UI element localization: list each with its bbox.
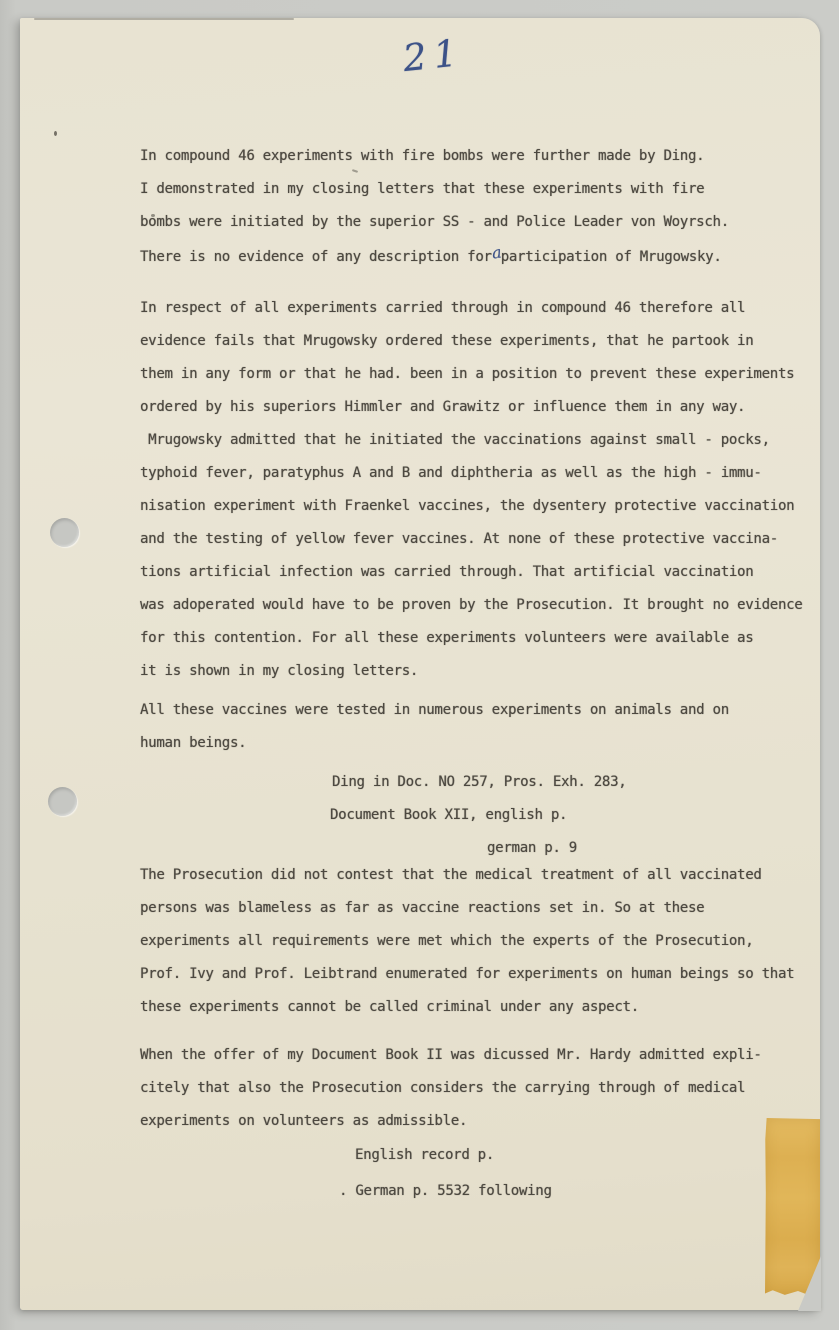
typewritten-line: I demonstrated in my closing letters tha… bbox=[140, 173, 729, 206]
typewritten-line: In respect of all experiments carried th… bbox=[140, 292, 802, 325]
typewritten-line: bombs were initiated by the superior SS … bbox=[140, 206, 729, 239]
typewritten-line: When the offer of my Document Book II wa… bbox=[140, 1039, 762, 1072]
typewritten-line: ordered by his superiors Himmler and Gra… bbox=[140, 391, 802, 424]
typewritten-line: these experiments cannot be called crimi… bbox=[140, 991, 794, 1024]
typewritten-line: them in any form or that he had. been in… bbox=[140, 358, 802, 391]
typewritten-line: human beings. bbox=[140, 727, 729, 760]
document-page: 21 In compound 46 experiments with fire … bbox=[20, 18, 820, 1310]
scanner-background: 21 In compound 46 experiments with fire … bbox=[0, 0, 839, 1330]
paragraph-5: When the offer of my Document Book II wa… bbox=[140, 1039, 762, 1138]
line-text-before-insert: There is no evidence of any description … bbox=[140, 249, 492, 265]
typewritten-line: was adoperated would have to be proven b… bbox=[140, 589, 802, 622]
typewritten-line: for this contention. For all these exper… bbox=[140, 622, 802, 655]
typewritten-line: Prof. Ivy and Prof. Leibtrand enumerated… bbox=[140, 958, 794, 991]
typewritten-line: tions artificial infection was carried t… bbox=[140, 556, 802, 589]
typewritten-line: All these vaccines were tested in numero… bbox=[140, 694, 729, 727]
typewritten-line: citely that also the Prosecution conside… bbox=[140, 1072, 762, 1105]
typewritten-line: evidence fails that Mrugowsky ordered th… bbox=[140, 325, 802, 358]
citation-line: Ding in Doc. NO 257, Pros. Exh. 283, bbox=[20, 766, 626, 799]
tape-strip bbox=[765, 1118, 820, 1296]
typewritten-line: experiments all requirements were met wh… bbox=[140, 925, 794, 958]
typewritten-text-layer: In compound 46 experiments with fire bom… bbox=[20, 18, 820, 1310]
paragraph-2: In respect of all experiments carried th… bbox=[140, 292, 802, 688]
typewritten-line: Mrugowsky admitted that he initiated the… bbox=[140, 424, 802, 457]
typewritten-line: it is shown in my closing letters. bbox=[140, 655, 802, 688]
paragraph-4: The Prosecution did not contest that the… bbox=[140, 859, 794, 1024]
paragraph-1: In compound 46 experiments with fire bom… bbox=[140, 140, 729, 274]
typewritten-line: experiments on volunteers as admissible. bbox=[140, 1105, 762, 1138]
typewritten-line: nisation experiment with Fraenkel vaccin… bbox=[140, 490, 802, 523]
citation-block-record: English record p. . German p. 5532 follo… bbox=[20, 1139, 552, 1208]
typewritten-line: typhoid fever, paratyphus A and B and di… bbox=[140, 457, 802, 490]
line-text-after-insert: participation of Mrugowsky. bbox=[501, 249, 722, 265]
typewritten-line: In compound 46 experiments with fire bom… bbox=[140, 140, 729, 173]
citation-block-ding: Ding in Doc. NO 257, Pros. Exh. 283, Doc… bbox=[20, 766, 626, 865]
paragraph-3: All these vaccines were tested in numero… bbox=[140, 694, 729, 760]
typewritten-line: The Prosecution did not contest that the… bbox=[140, 859, 794, 892]
typewritten-line: and the testing of yellow fever vaccines… bbox=[140, 523, 802, 556]
citation-line: Document Book XII, english p. bbox=[20, 799, 626, 832]
citation-line: English record p. bbox=[20, 1139, 552, 1172]
citation-line: . German p. 5532 following bbox=[20, 1175, 552, 1208]
typewritten-line-with-insert: There is no evidence of any description … bbox=[140, 239, 729, 274]
typewritten-line: persons was blameless as far as vaccine … bbox=[140, 892, 794, 925]
